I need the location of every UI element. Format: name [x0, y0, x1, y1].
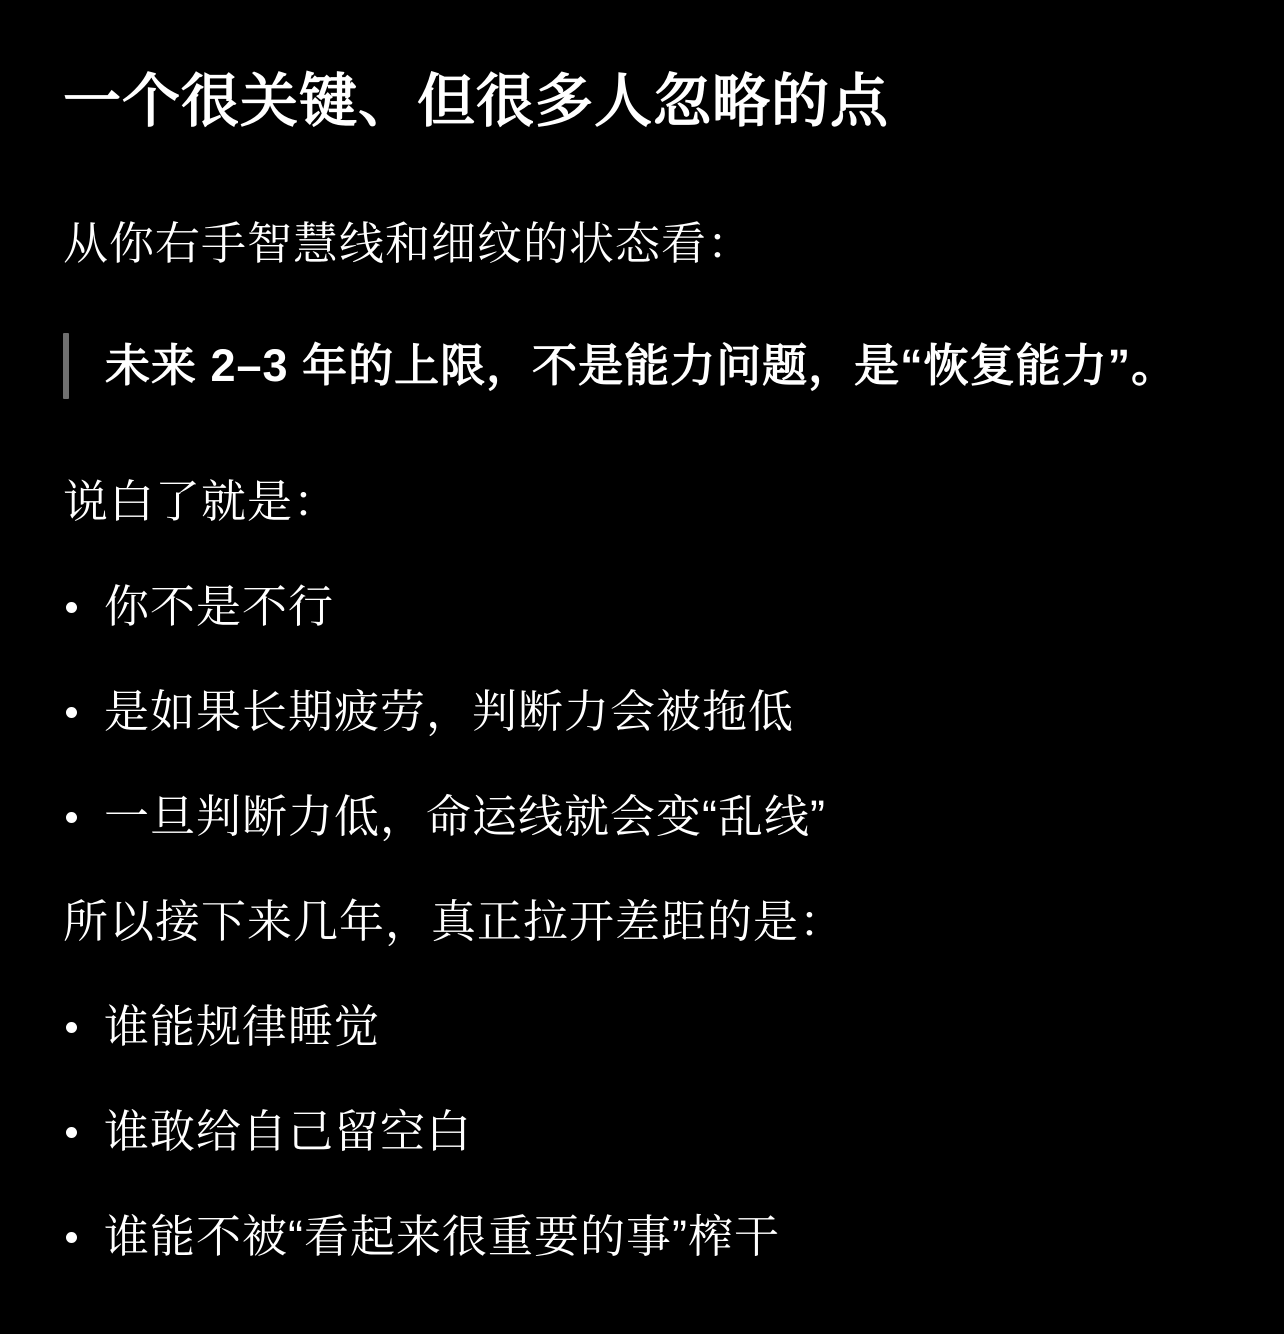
blockquote: 未来 2–3 年的上限，不是能力问题，是“恢复能力”。	[63, 333, 1224, 399]
list-item: 是如果长期疲劳，判断力会被拖低	[63, 682, 1224, 742]
document-page: 一个很关键、但很多人忽略的点 从你右手智慧线和细纹的状态看： 未来 2–3 年的…	[0, 0, 1284, 1334]
bullet-icon	[66, 602, 77, 613]
bullet-icon	[66, 1022, 77, 1033]
list-item-text: 谁能规律睡觉	[104, 997, 380, 1057]
intro-paragraph: 从你右手智慧线和细纹的状态看：	[63, 214, 1224, 274]
list-item-text: 你不是不行	[104, 577, 334, 637]
list-item: 谁敢给自己留空白	[63, 1102, 1224, 1162]
list-item-text: 谁敢给自己留空白	[104, 1102, 472, 1162]
bullet-list-causes: 你不是不行 是如果长期疲劳，判断力会被拖低 一旦判断力低，命运线就会变“乱线”	[63, 577, 1224, 847]
list-item-text: 一旦判断力低，命运线就会变“乱线”	[104, 787, 826, 847]
list-item-text: 谁能不被“看起来很重要的事”榨干	[104, 1207, 780, 1267]
page-title: 一个很关键、但很多人忽略的点	[63, 70, 1224, 134]
list-item: 谁能规律睡觉	[63, 997, 1224, 1057]
plainly-paragraph: 说白了就是：	[63, 472, 1224, 532]
bullet-list-advice: 谁能规律睡觉 谁敢给自己留空白 谁能不被“看起来很重要的事”榨干	[63, 997, 1224, 1267]
bullet-icon	[66, 707, 77, 718]
bullet-icon	[66, 1127, 77, 1138]
list-item: 你不是不行	[63, 577, 1224, 637]
list-item: 一旦判断力低，命运线就会变“乱线”	[63, 787, 1224, 847]
bullet-icon	[66, 1232, 77, 1243]
list-item-text: 是如果长期疲劳，判断力会被拖低	[104, 682, 794, 742]
conclusion-lead-paragraph: 所以接下来几年，真正拉开差距的是：	[63, 892, 1224, 952]
bullet-icon	[66, 812, 77, 823]
list-item: 谁能不被“看起来很重要的事”榨干	[63, 1207, 1224, 1267]
blockquote-text: 未来 2–3 年的上限，不是能力问题，是“恢复能力”。	[69, 333, 1177, 399]
